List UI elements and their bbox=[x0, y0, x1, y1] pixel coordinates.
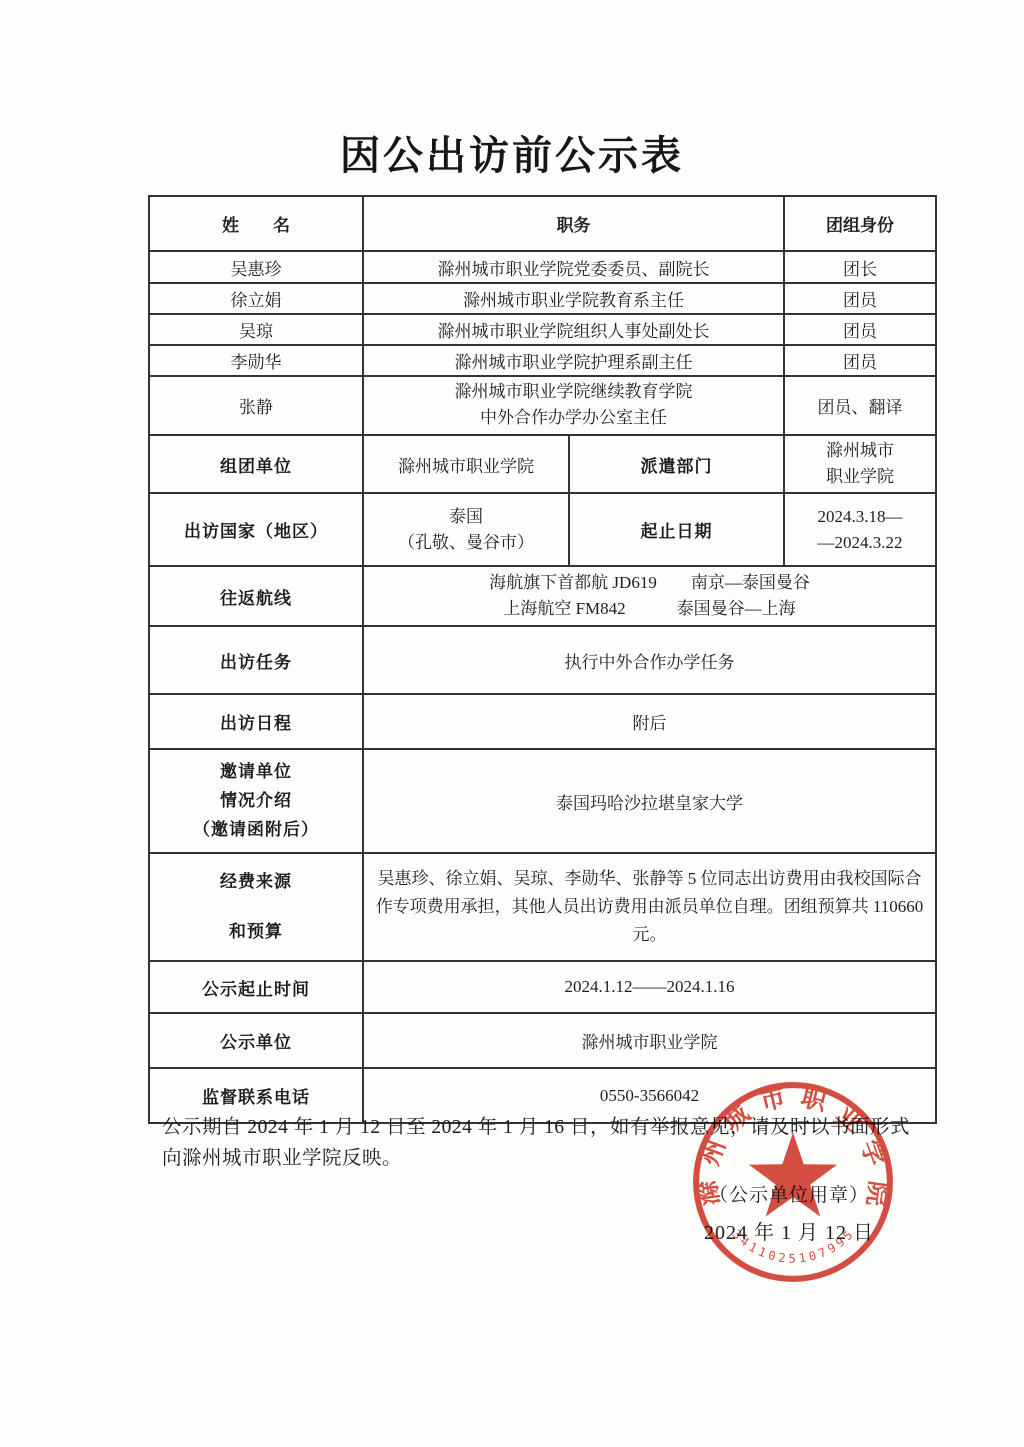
dates-value: 2024.3.18— —2024.3.22 bbox=[784, 493, 936, 566]
task-label: 出访任务 bbox=[149, 626, 363, 694]
dates-label: 起止日期 bbox=[569, 493, 784, 566]
org-unit-label: 组团单位 bbox=[149, 435, 363, 494]
member-role: 团员 bbox=[784, 283, 936, 314]
table-row: 吴惠珍 滁州城市职业学院党委委员、副院长 团长 bbox=[149, 251, 936, 283]
member-role: 团长 bbox=[784, 251, 936, 283]
member-role: 团员、翻译 bbox=[784, 376, 936, 435]
inviter-label: 邀请单位 情况介绍 （邀请函附后） bbox=[149, 749, 363, 853]
member-duty: 滁州城市职业学院继续教育学院 中外合作办学办公室主任 bbox=[363, 376, 784, 435]
route-value: 海航旗下首都航 JD619 南京—泰国曼谷 上海航空 FM842 泰国曼谷—上海 bbox=[363, 566, 936, 626]
member-duty: 滁州城市职业学院组织人事处副处长 bbox=[363, 314, 784, 345]
country-label: 出访国家（地区） bbox=[149, 493, 363, 566]
notice-table: 姓 名 职务 团组身份 吴惠珍 滁州城市职业学院党委委员、副院长 团长 徐立娟 … bbox=[148, 195, 937, 1124]
table-header-row: 姓 名 职务 团组身份 bbox=[149, 196, 936, 251]
task-row: 出访任务 执行中外合作办学任务 bbox=[149, 626, 936, 694]
member-role: 团员 bbox=[784, 314, 936, 345]
publicity-period-label: 公示起止时间 bbox=[149, 961, 363, 1013]
budget-label: 经费来源 和预算 bbox=[149, 853, 363, 961]
dispatch-dept-label: 派遣部门 bbox=[569, 435, 784, 494]
member-duty: 滁州城市职业学院教育系主任 bbox=[363, 283, 784, 314]
document-page: 因公出访前公示表 姓 名 职务 团组身份 吴惠珍 滁州城市职业学院党委委员、副院… bbox=[0, 0, 1024, 1447]
org-unit-value: 滁州城市职业学院 bbox=[363, 435, 569, 494]
table-row: 李勋华 滁州城市职业学院护理系副主任 团员 bbox=[149, 345, 936, 376]
member-role: 团员 bbox=[784, 345, 936, 376]
inviter-value: 泰国玛哈沙拉堪皇家大学 bbox=[363, 749, 936, 853]
table-row: 徐立娟 滁州城市职业学院教育系主任 团员 bbox=[149, 283, 936, 314]
header-name: 姓 名 bbox=[149, 196, 363, 251]
budget-value: 吴惠珍、徐立娟、吴琼、李勋华、张静等 5 位同志出访费用由我校国际合作专项费用承… bbox=[363, 853, 936, 961]
org-dispatch-row: 组团单位 滁州城市职业学院 派遣部门 滁州城市 职业学院 bbox=[149, 435, 936, 494]
seal-serial-number: 3411025107995 bbox=[729, 1226, 858, 1266]
member-duty: 滁州城市职业学院党委委员、副院长 bbox=[363, 251, 784, 283]
table-row: 张静 滁州城市职业学院继续教育学院 中外合作办学办公室主任 团员、翻译 bbox=[149, 376, 936, 435]
task-value: 执行中外合作办学任务 bbox=[363, 626, 936, 694]
route-label: 往返航线 bbox=[149, 566, 363, 626]
schedule-value: 附后 bbox=[363, 694, 936, 749]
member-name: 徐立娟 bbox=[149, 283, 363, 314]
member-name: 吴惠珍 bbox=[149, 251, 363, 283]
page-title: 因公出访前公示表 bbox=[0, 124, 1024, 181]
member-duty: 滁州城市职业学院护理系副主任 bbox=[363, 345, 784, 376]
publicity-unit-row: 公示单位 滁州城市职业学院 bbox=[149, 1013, 936, 1068]
header-duty: 职务 bbox=[363, 196, 784, 251]
schedule-row: 出访日程 附后 bbox=[149, 694, 936, 749]
dispatch-dept-value: 滁州城市 职业学院 bbox=[784, 435, 936, 494]
route-row: 往返航线 海航旗下首都航 JD619 南京—泰国曼谷 上海航空 FM842 泰国… bbox=[149, 566, 936, 626]
country-dates-row: 出访国家（地区） 泰国 （孔敬、曼谷市） 起止日期 2024.3.18— —20… bbox=[149, 493, 936, 566]
member-name: 李勋华 bbox=[149, 345, 363, 376]
publicity-period-row: 公示起止时间 2024.1.12——2024.1.16 bbox=[149, 961, 936, 1013]
inviter-row: 邀请单位 情况介绍 （邀请函附后） 泰国玛哈沙拉堪皇家大学 bbox=[149, 749, 936, 853]
budget-row: 经费来源 和预算 吴惠珍、徐立娟、吴琼、李勋华、张静等 5 位同志出访费用由我校… bbox=[149, 853, 936, 961]
schedule-label: 出访日程 bbox=[149, 694, 363, 749]
publicity-unit-value: 滁州城市职业学院 bbox=[363, 1013, 936, 1068]
table-row: 吴琼 滁州城市职业学院组织人事处副处长 团员 bbox=[149, 314, 936, 345]
publicity-period-value: 2024.1.12——2024.1.16 bbox=[363, 961, 936, 1013]
red-star-icon bbox=[749, 1133, 837, 1217]
header-group-role: 团组身份 bbox=[784, 196, 936, 251]
member-name: 张静 bbox=[149, 376, 363, 435]
publicity-unit-label: 公示单位 bbox=[149, 1013, 363, 1068]
official-seal-stamp: 滁州城市职业学院 3411025107995 bbox=[687, 1076, 899, 1288]
member-name: 吴琼 bbox=[149, 314, 363, 345]
country-value: 泰国 （孔敬、曼谷市） bbox=[363, 493, 569, 566]
